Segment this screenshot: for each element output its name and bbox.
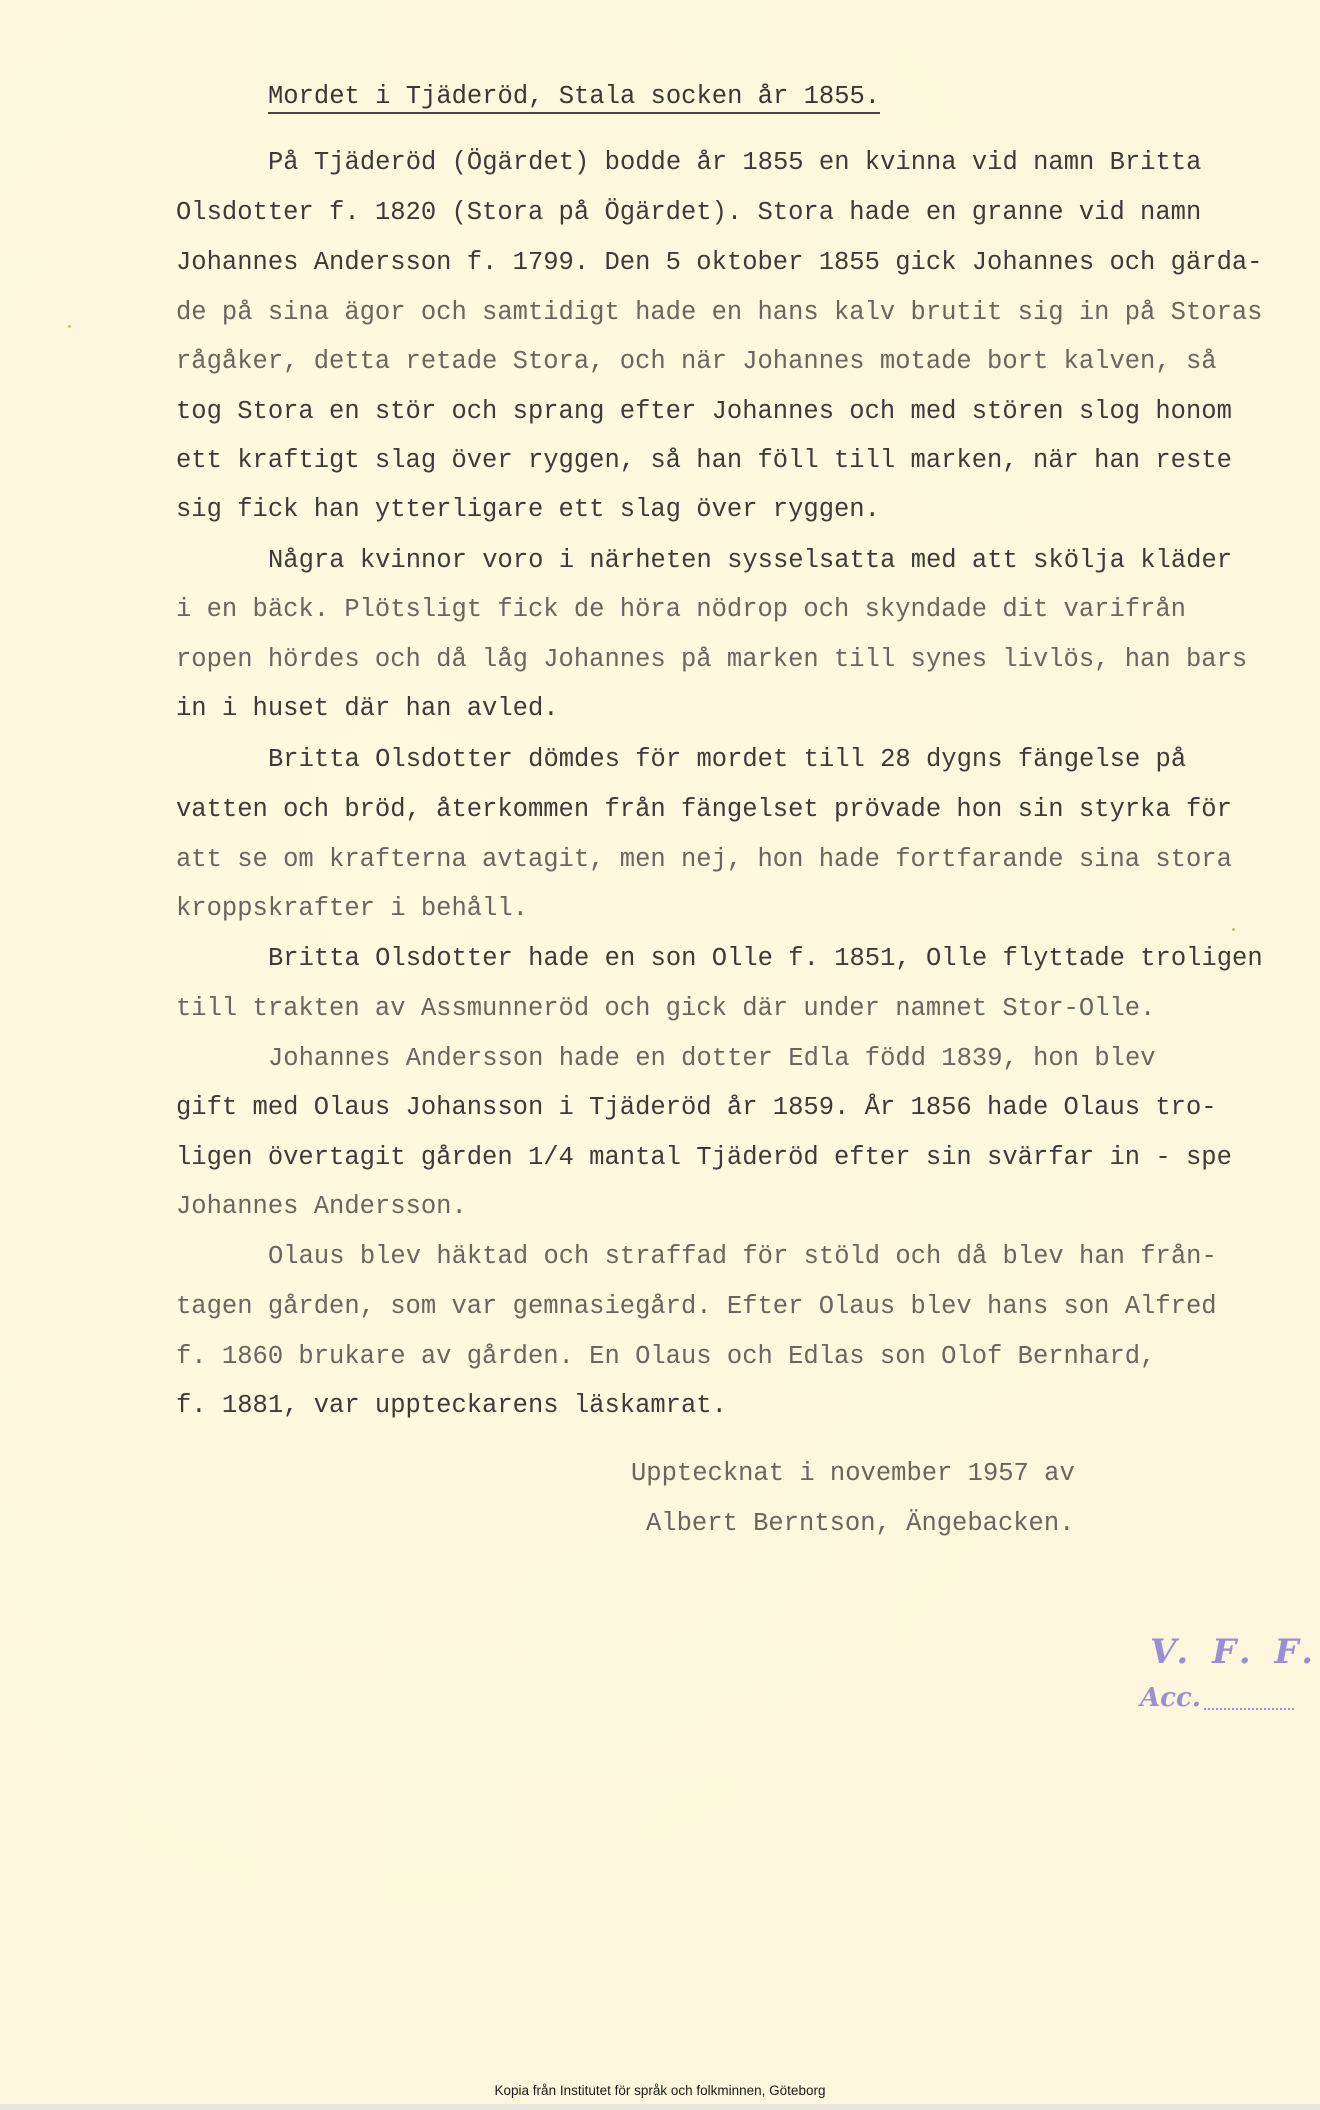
body-line: ligen övertagit gården 1/4 mantal Tjäder… — [176, 1143, 1232, 1173]
body-line: sig fick han ytterligare ett slag över r… — [176, 495, 880, 525]
signature-line-2: Albert Berntson, Ängebacken. — [646, 1509, 1074, 1539]
body-line: Johannes Andersson hade en dotter Edla f… — [268, 1044, 1156, 1074]
body-line: Olsdotter f. 1820 (Stora på Ögärdet). St… — [176, 198, 1201, 228]
body-line: till trakten av Assmunneröd och gick där… — [176, 994, 1155, 1024]
body-line: ropen hördes och då låg Johannes på mark… — [176, 645, 1247, 675]
body-line: in i huset där han avled. — [176, 694, 559, 724]
signature-line-1: Upptecknat i november 1957 av — [631, 1459, 1075, 1489]
paper-speck — [68, 325, 71, 328]
body-line: gift med Olaus Johansson i Tjäderöd år 1… — [176, 1093, 1217, 1123]
document-title: Mordet i Tjäderöd, Stala socken år 1855. — [268, 82, 880, 114]
body-line: Olaus blev häktad och straffad för stöld… — [268, 1242, 1217, 1272]
body-line: Johannes Andersson f. 1799. Den 5 oktobe… — [176, 248, 1262, 278]
archive-stamp-acc-line — [1204, 1708, 1294, 1710]
body-line: Britta Olsdotter dömdes för mordet till … — [268, 745, 1186, 775]
body-line: Johannes Andersson. — [176, 1192, 467, 1222]
body-line: vatten och bröd, återkommen från fängels… — [176, 795, 1232, 825]
body-line: att se om krafterna avtagit, men nej, ho… — [176, 845, 1232, 875]
body-line: de på sina ägor och samtidigt hade en ha… — [176, 298, 1262, 328]
archive-stamp-acc: Acc. — [1140, 1683, 1201, 1713]
body-line: Några kvinnor voro i närheten sysselsatt… — [268, 546, 1232, 576]
body-line: f. 1881, var uppteckarens läskamrat. — [176, 1391, 727, 1421]
body-line: På Tjäderöd (Ögärdet) bodde år 1855 en k… — [268, 148, 1201, 178]
page-bottom-edge — [0, 2104, 1320, 2110]
body-line: kroppskrafter i behåll. — [176, 894, 528, 924]
body-line: Britta Olsdotter hade en son Olle f. 185… — [268, 944, 1263, 974]
typewritten-page: Mordet i Tjäderöd, Stala socken år 1855.… — [0, 0, 1320, 2110]
body-line: f. 1860 brukare av gården. En Olaus och … — [176, 1342, 1155, 1372]
body-line: tagen gården, som var gemnasiegård. Efte… — [176, 1292, 1217, 1322]
body-line: i en bäck. Plötsligt fick de höra nödrop… — [176, 595, 1186, 625]
body-line: ett kraftigt slag över ryggen, så han fö… — [176, 446, 1232, 476]
archive-stamp-initials: V. F. F. — [1150, 1632, 1319, 1672]
body-line: rågåker, detta retade Stora, och när Joh… — [176, 347, 1217, 377]
paper-speck — [1232, 928, 1235, 931]
body-line: tog Stora en stör och sprang efter Johan… — [176, 397, 1232, 427]
archive-copy-notice: Kopia från Institutet för språk och folk… — [0, 2083, 1320, 2098]
